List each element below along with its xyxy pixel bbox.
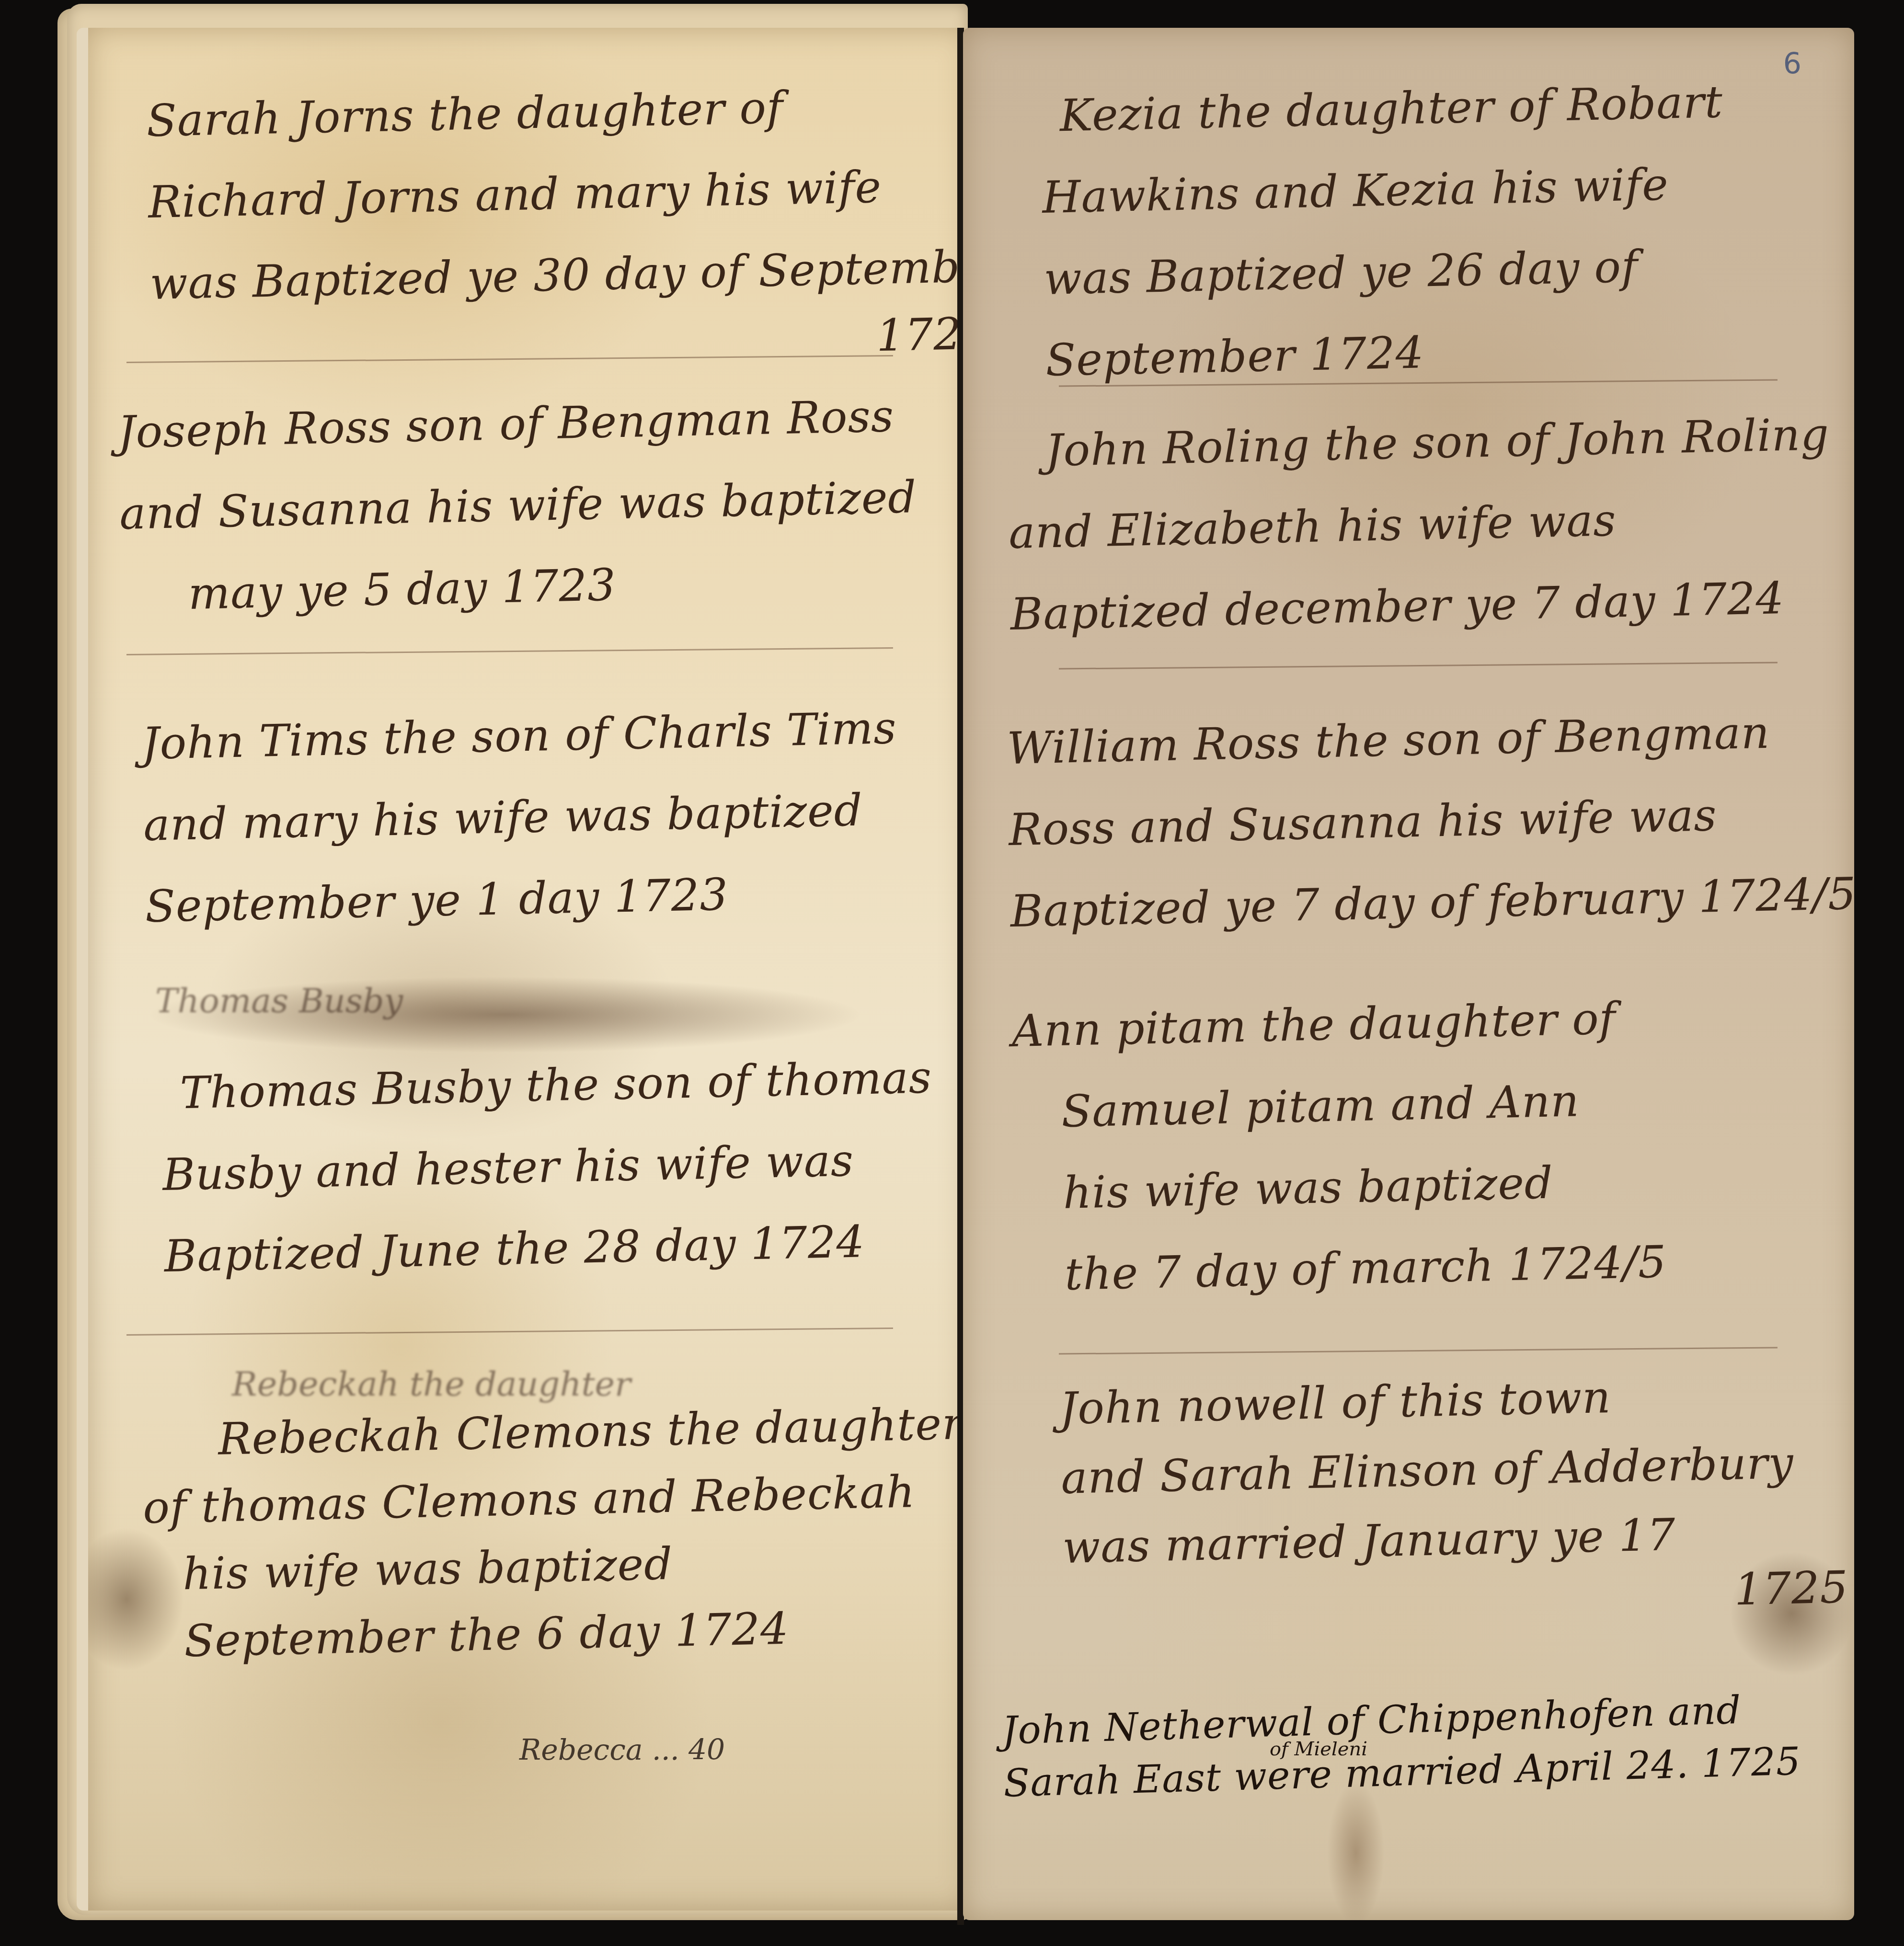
entry-baptism-kezia-hawkins: Kezia the daughter of Robart Hawkins and… bbox=[1040, 61, 1729, 401]
entry-baptism-rebeckah-clemons: Rebeckah Clemons the daughter of thomas … bbox=[141, 1390, 968, 1676]
bottom-scribble: Rebecca ... 40 bbox=[519, 1733, 725, 1767]
interlinear-insertion: of Mieleni bbox=[1270, 1738, 1367, 1760]
entry-baptism-thomas-busby: Thomas Busby the son of thomas Busby and… bbox=[160, 1037, 936, 1297]
entry-marriage-john-nowell: John nowell of this town and Sarah Elins… bbox=[1059, 1358, 1849, 1625]
entry-marriage-john-netherwal: John Netherwal of Chippenhofen and Sarah… bbox=[1001, 1683, 1801, 1810]
entry-baptism-sarah-jorns: Sarah Jorns the daughter of Richard Jorn… bbox=[146, 62, 970, 377]
entry-baptism-ann-pitam: Ann pitam the daughter of Samuel pitam a… bbox=[1011, 977, 1667, 1316]
struck-out-text: Rebeckah the daughter bbox=[232, 1364, 631, 1404]
entry-baptism-william-ross: William Ross the son of Bengman Ross and… bbox=[1006, 690, 1854, 952]
divider-line bbox=[1059, 662, 1778, 669]
entry-baptism-joseph-ross: Joseph Ross son of Bengman Ross and Susa… bbox=[117, 375, 919, 636]
page-number: 6 bbox=[1783, 47, 1801, 80]
entry-baptism-john-roling: John Roling the son of John Roling and E… bbox=[1006, 394, 1834, 655]
struck-out-text: Thomas Busby bbox=[155, 981, 403, 1020]
entry-baptism-john-tims: John Tims the son of Charls Tims and mar… bbox=[141, 687, 901, 948]
divider-line bbox=[126, 1328, 893, 1336]
divider-line bbox=[126, 647, 893, 655]
stain-streak bbox=[1327, 1781, 1385, 1920]
left-page: Sarah Jorns the daughter of Richard Jorn… bbox=[77, 28, 970, 1911]
divider-line bbox=[1059, 1347, 1778, 1354]
right-page: 6 Kezia the daughter of Robart Hawkins a… bbox=[963, 28, 1854, 1920]
open-register-spread: Sarah Jorns the daughter of Richard Jorn… bbox=[0, 0, 1904, 1946]
